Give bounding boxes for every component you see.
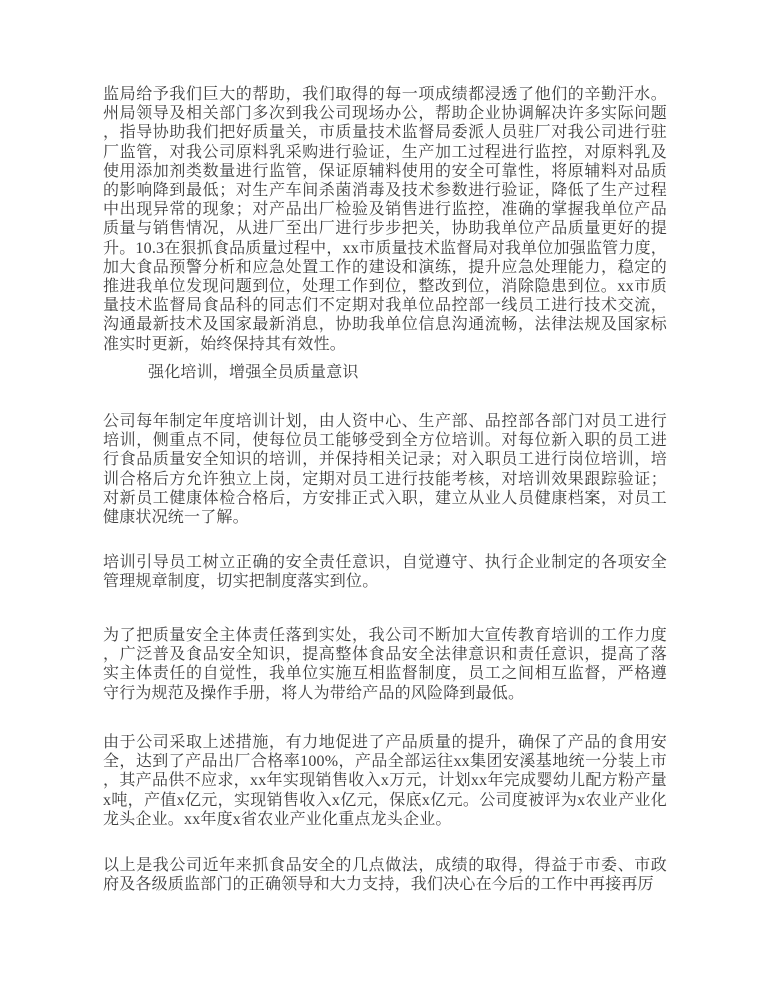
paragraph-safety-responsibility: 培训引导员工树立正确的安全责任意识，自觉遵守、执行企业制定的各项安全管理规章制度…	[103, 553, 667, 591]
paragraph-publicity-education: 为了把质量安全主体责任落到实处，我公司不断加大宣传教育培训的工作力度，广泛普及食…	[103, 626, 667, 703]
document-page: 监局给予我们巨大的帮助，我们取得的每一项成绩都浸透了他们的辛勤汗水。州局领导及相…	[0, 0, 770, 1000]
paragraph-training-plan: 公司每年制定年度培训计划，由人资中心、生产部、品控部各部门对员工进行培训，侧重点…	[103, 412, 667, 527]
paragraph-results-achievements: 由于公司采取上述措施，有力地促进了产品质量的提升，确保了产品的食用安全，达到了产…	[103, 733, 667, 829]
paragraph-quality-supervision: 监局给予我们巨大的帮助，我们取得的每一项成绩都浸透了他们的辛勤汗水。州局领导及相…	[103, 85, 667, 354]
section-heading: 强化培训，增强全员质量意识	[103, 363, 667, 382]
paragraph-closing: 以上是我公司近年来抓食品安全的几点做法，成绩的取得，得益于市委、市政府及各级质监…	[103, 856, 667, 894]
